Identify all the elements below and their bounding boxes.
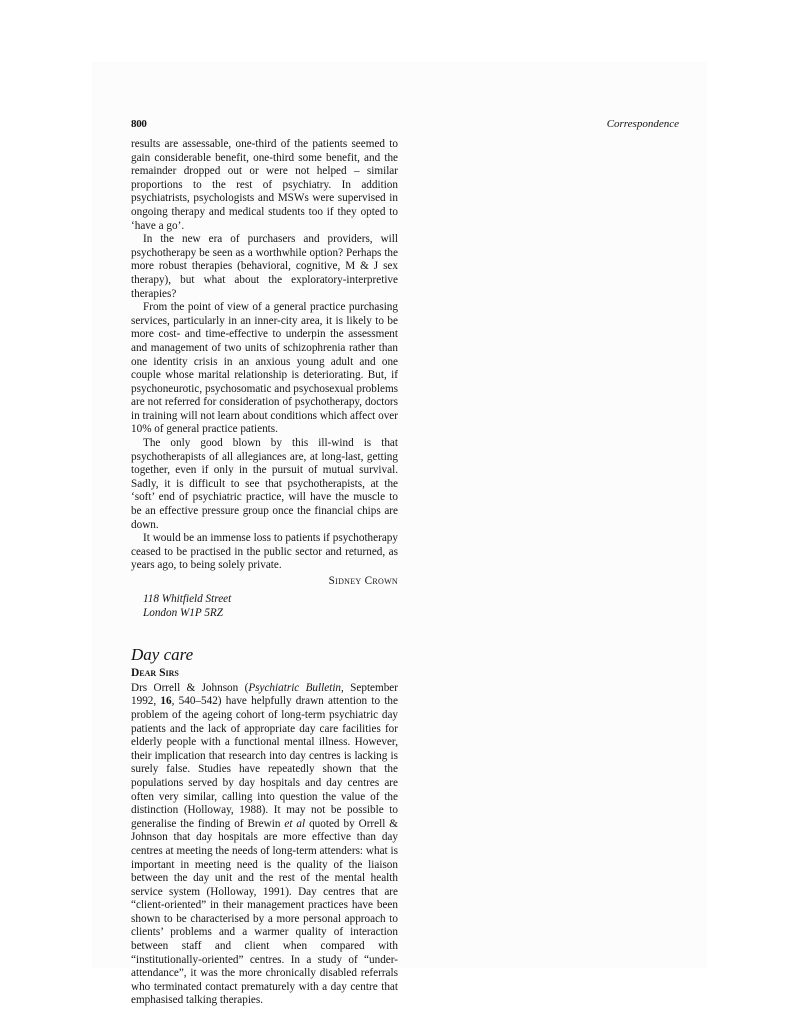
- left-column: results are assessable, one-third of the…: [131, 138, 398, 1008]
- journal-name: Psychiatric Bulletin: [248, 682, 341, 694]
- letter-signature: Sidney Crown: [131, 575, 398, 589]
- paragraph: From the point of view of a general prac…: [131, 301, 398, 437]
- paragraph: results are assessable, one-third of the…: [131, 138, 398, 233]
- address-line: 118 Whitfield Street: [131, 592, 398, 606]
- paragraph: It would be an immense loss to patients …: [131, 532, 398, 573]
- paragraph: Drs Orrell & Johnson (Psychiatric Bullet…: [131, 682, 398, 1008]
- running-header: 800 Correspondence: [131, 118, 679, 132]
- et-al: et al: [284, 818, 305, 830]
- page-number: 800: [131, 118, 147, 130]
- volume-number: 16: [160, 695, 171, 707]
- text-run: , 540–542) have helpfully drawn attentio…: [131, 695, 398, 829]
- address-line: London W1P 5RZ: [131, 606, 398, 620]
- text-run: quoted by Orrell & Johnson that day hosp…: [131, 818, 398, 1007]
- text-run: Drs Orrell & Johnson (: [131, 682, 248, 694]
- article-title: Day care: [131, 648, 398, 662]
- section-title: Correspondence: [607, 118, 679, 130]
- paragraph: In the new era of purchasers and provide…: [131, 233, 398, 301]
- salutation: Dear Sirs: [131, 667, 398, 681]
- paragraph: The only good blown by this ill-wind is …: [131, 437, 398, 532]
